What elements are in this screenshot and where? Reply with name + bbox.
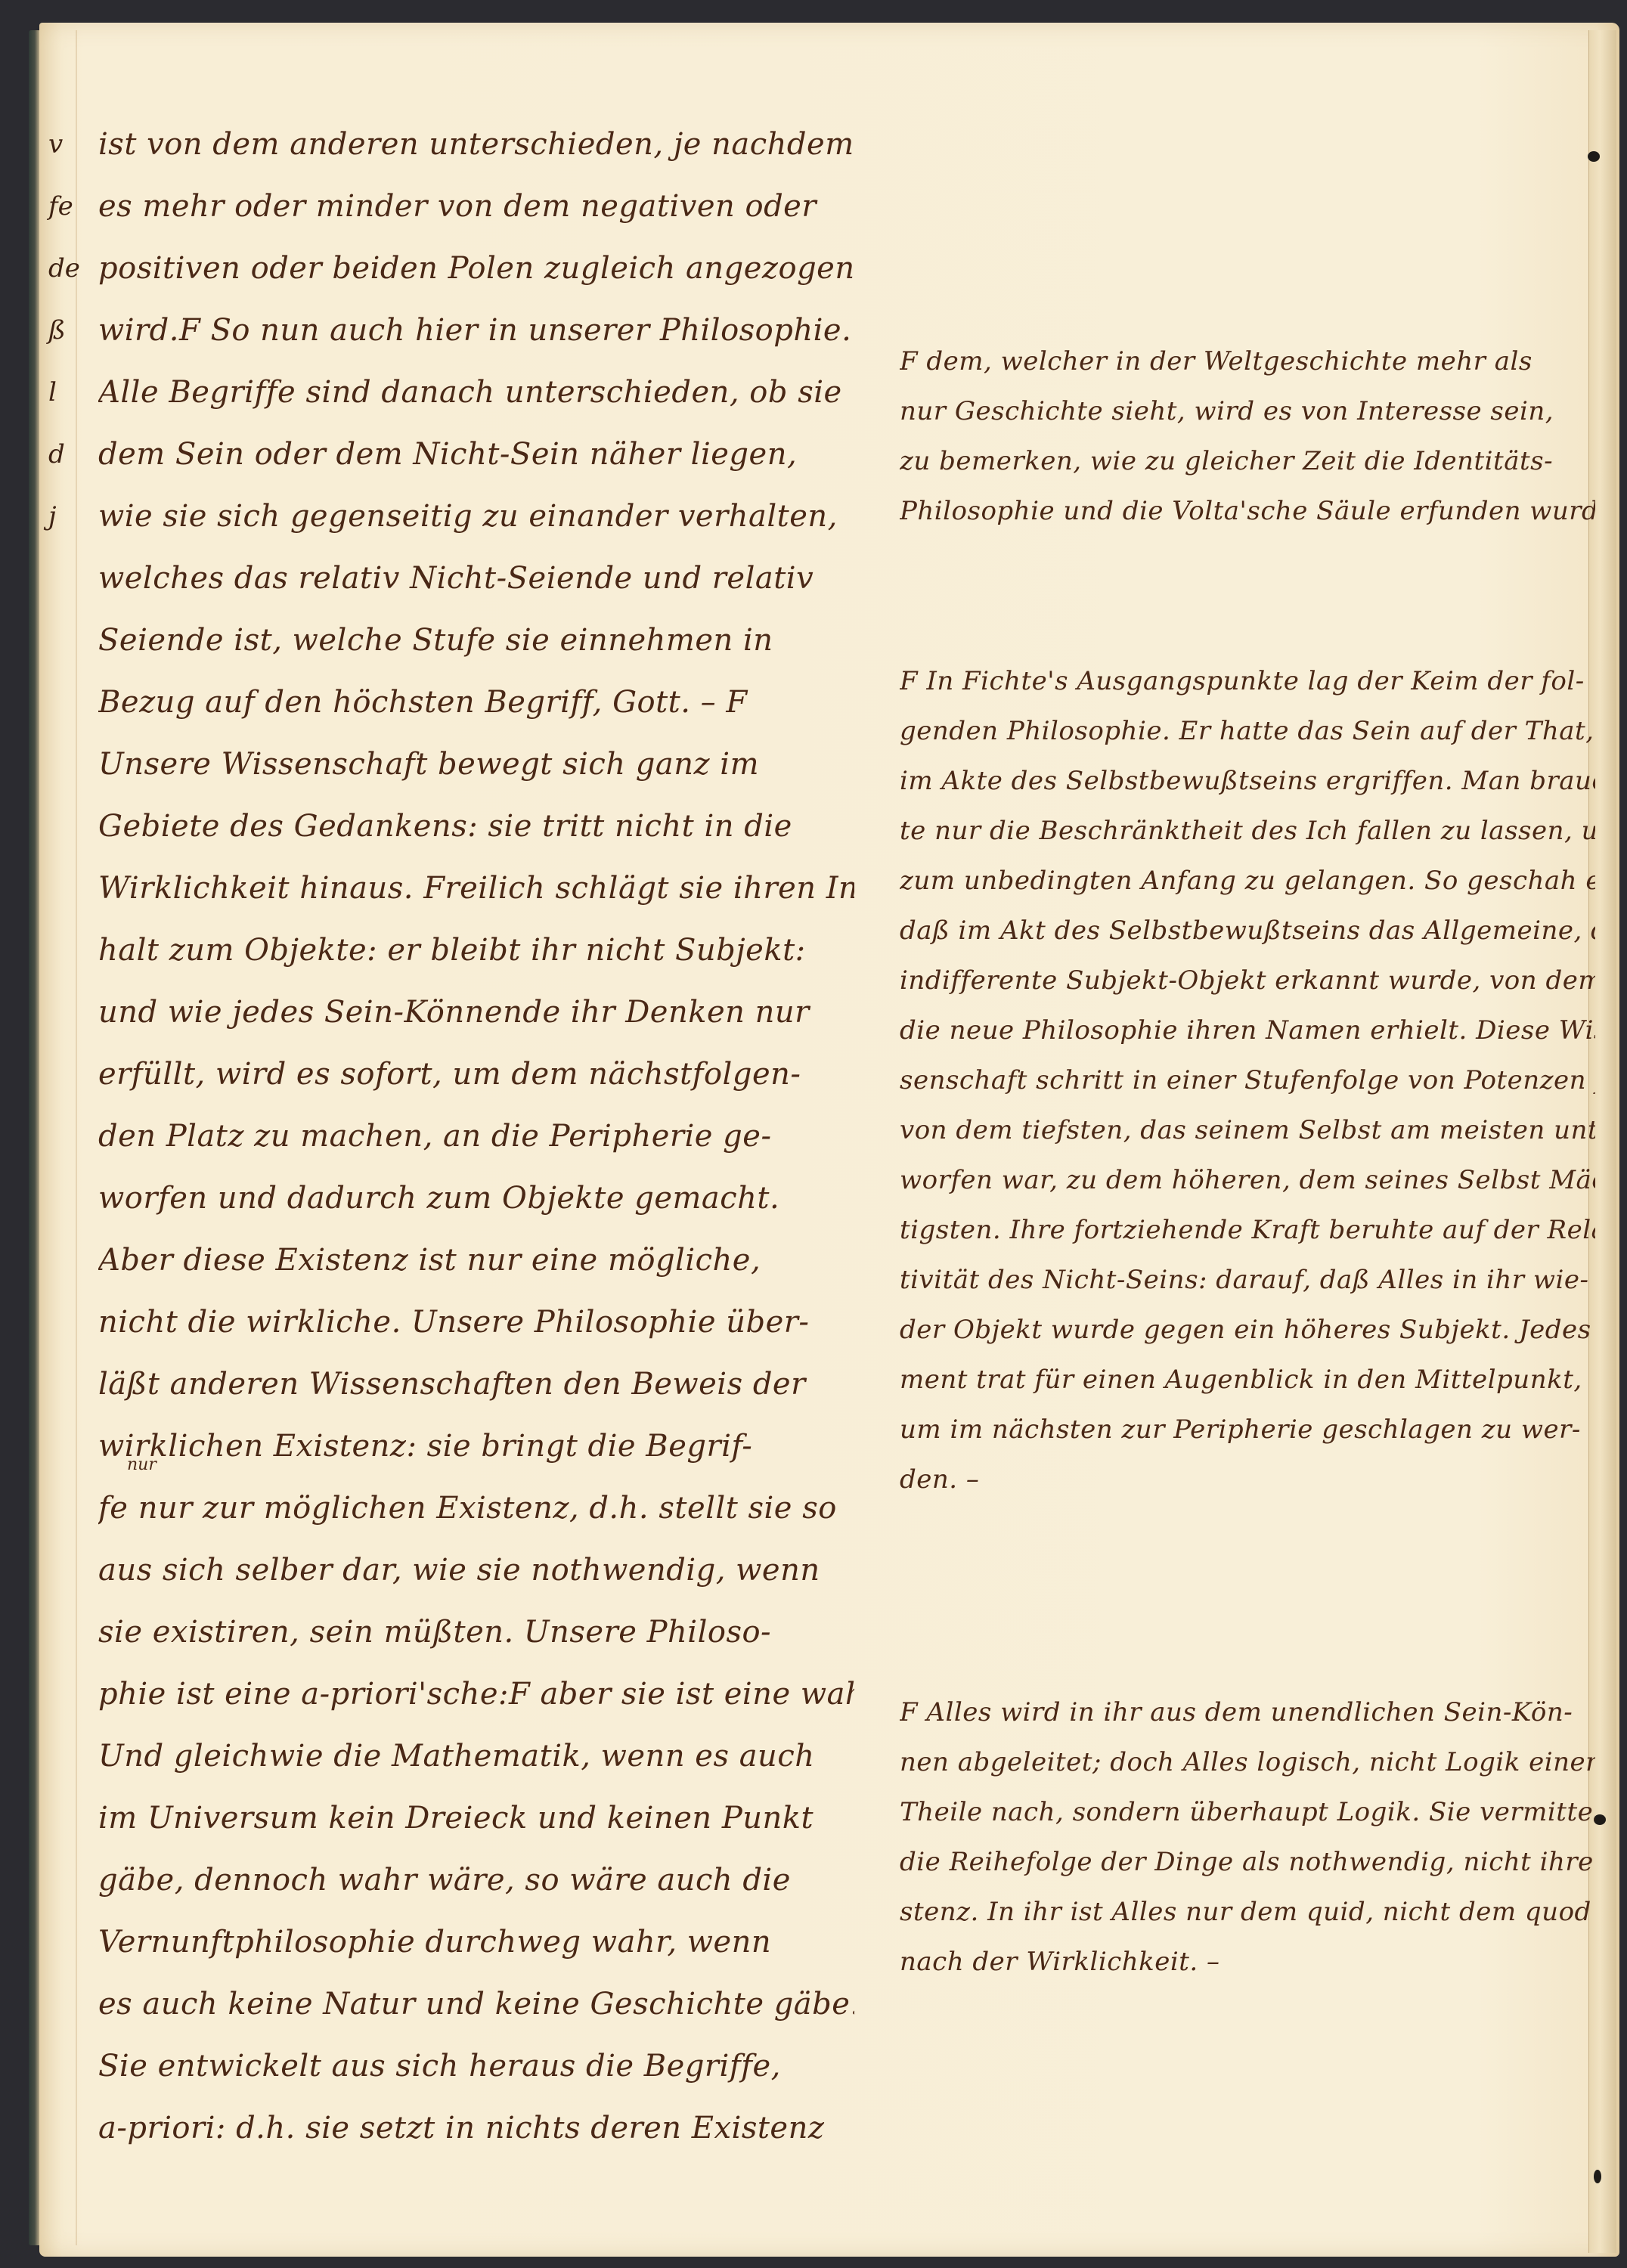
footnote-line: ment trat für einen Augenblick in den Mi… [900, 1355, 1595, 1405]
footnote-line: zum unbedingten Anfang zu gelangen. So g… [900, 856, 1595, 906]
footnote-line: te nur die Beschränktheit des Ich fallen… [900, 806, 1595, 856]
text-line: wie sie sich gegenseitig zu einander ver… [98, 485, 854, 547]
footnote-3: F Alles wird in ihr aus dem unendlichen … [900, 1687, 1595, 1987]
margin-mark: de [48, 237, 79, 299]
footnote-line: nach der Wirklichkeit. – [900, 1937, 1595, 1987]
text-line: im Universum kein Dreieck und keinen Pun… [98, 1787, 854, 1849]
footnote-line: indifferente Subjekt-Objekt erkannt wurd… [900, 956, 1595, 1005]
footnote-line: nur Geschichte sieht, wird es von Intere… [900, 386, 1595, 436]
footnote-line: F Alles wird in ihr aus dem unendlichen … [900, 1687, 1595, 1737]
text-line: Vernunftphilosophie durchweg wahr, wenn [98, 1911, 854, 1973]
text-line: Und gleichwie die Mathematik, wenn es au… [98, 1725, 854, 1787]
margin-mark: fe [48, 175, 79, 237]
text-line: und wie jedes Sein-Könnende ihr Denken n… [98, 981, 854, 1043]
text-line: Wirklichkeit hinaus. Freilich schlägt si… [98, 857, 854, 919]
margin-mark: j [48, 485, 79, 547]
margin-fragments: v fe de ß l d j [48, 113, 79, 547]
main-text-column: ist von dem anderen unterschieden, je na… [98, 113, 854, 2159]
text-line: gäbe, dennoch wahr wäre, so wäre auch di… [98, 1849, 854, 1911]
text-line: Gebiete des Gedankens: sie tritt nicht i… [98, 795, 854, 857]
footnote-line: um im nächsten zur Peripherie geschlagen… [900, 1405, 1595, 1455]
text-line: worfen und dadurch zum Objekte gemacht. [98, 1167, 854, 1229]
text-line: den Platz zu machen, an die Peripherie g… [98, 1105, 854, 1167]
text-line: aus sich selber dar, wie sie nothwendig,… [98, 1539, 854, 1601]
footnote-line: senschaft schritt in einer Stufenfolge v… [900, 1055, 1595, 1105]
footnote-line: F dem, welcher in der Weltgeschichte meh… [900, 336, 1595, 386]
text-line: fe nur zur möglichen Existenz, d.h. stel… [98, 1477, 854, 1539]
text-line: erfüllt, wird es sofort, um dem nächstfo… [98, 1043, 854, 1105]
margin-mark: l [48, 361, 79, 423]
footnote-line: die neue Philosophie ihren Namen erhielt… [900, 1005, 1595, 1055]
text-line: läßt anderen Wissenschaften den Beweis d… [98, 1353, 854, 1415]
footnote-line: tigsten. Ihre fortziehende Kraft beruhte… [900, 1205, 1595, 1255]
text-line: Aber diese Existenz ist nur eine möglich… [98, 1229, 854, 1291]
footnote-line: nen abgeleitet; doch Alles logisch, nich… [900, 1737, 1595, 1787]
text-line: wirklichen Existenz: sie bringt die Begr… [98, 1415, 854, 1477]
footnote-line: zu bemerken, wie zu gleicher Zeit die Id… [900, 436, 1595, 486]
text-line: halt zum Objekte: er bleibt ihr nicht Su… [98, 919, 854, 981]
text-line: phie ist eine a-priori'sche:F aber sie i… [98, 1663, 854, 1725]
footnote-line: worfen war, zu dem höheren, dem seines S… [900, 1155, 1595, 1205]
interlinear-insertion: nur [127, 1455, 157, 1474]
text-line: Alle Begriffe sind danach unterschieden,… [98, 361, 854, 423]
footnote-2: F In Fichte's Ausgangspunkte lag der Kei… [900, 656, 1595, 1504]
footnote-line: Philosophie und die Volta'sche Säule erf… [900, 486, 1595, 536]
text-line: dem Sein oder dem Nicht-Sein näher liege… [98, 423, 854, 485]
paper-damage-hole [1594, 1814, 1606, 1825]
footnote-line: genden Philosophie. Er hatte das Sein au… [900, 706, 1595, 756]
text-line: a-priori: d.h. sie setzt in nichts deren… [98, 2097, 854, 2159]
text-line: welches das relativ Nicht-Seiende und re… [98, 547, 854, 609]
paper-damage-hole [1594, 2170, 1601, 2183]
margin-mark: d [48, 423, 79, 485]
text-line: es mehr oder minder von dem negativen od… [98, 175, 854, 237]
text-line: nicht die wirkliche. Unsere Philosophie … [98, 1291, 854, 1353]
text-line: sie existiren, sein müßten. Unsere Philo… [98, 1601, 854, 1663]
footnote-line: F In Fichte's Ausgangspunkte lag der Kei… [900, 656, 1595, 706]
footnote-1: F dem, welcher in der Weltgeschichte meh… [900, 336, 1595, 536]
text-line: Bezug auf den höchsten Begriff, Gott. – … [98, 671, 854, 733]
paper-damage-hole [1588, 151, 1600, 162]
text-line: ist von dem anderen unterschieden, je na… [98, 113, 854, 175]
footnote-line: tivität des Nicht-Seins: darauf, daß All… [900, 1255, 1595, 1305]
footnote-line: stenz. In ihr ist Alles nur dem quid, ni… [900, 1887, 1595, 1937]
footnote-line: die Reihefolge der Dinge als nothwendig,… [900, 1837, 1595, 1887]
footnote-line: von dem tiefsten, das seinem Selbst am m… [900, 1105, 1595, 1155]
text-line: Sie entwickelt aus sich heraus die Begri… [98, 2035, 854, 2097]
footnote-line: der Objekt wurde gegen ein höheres Subje… [900, 1305, 1595, 1355]
footnote-line: den. – [900, 1455, 1595, 1504]
margin-mark: v [48, 113, 79, 175]
margin-mark: ß [48, 299, 79, 361]
text-line: positiven oder beiden Polen zugleich ang… [98, 237, 854, 299]
text-line: Unsere Wissenschaft bewegt sich ganz im [98, 733, 854, 795]
text-line: es auch keine Natur und keine Geschichte… [98, 1973, 854, 2035]
footnote-line: im Akte des Selbstbewußtseins ergriffen.… [900, 756, 1595, 806]
text-line: wird.F So nun auch hier in unserer Philo… [98, 299, 854, 361]
footnote-line: daß im Akt des Selbstbewußtseins das All… [900, 906, 1595, 956]
footnote-line: Theile nach, sondern überhaupt Logik. Si… [900, 1787, 1595, 1837]
text-line: Seiende ist, welche Stufe sie einnehmen … [98, 609, 854, 671]
